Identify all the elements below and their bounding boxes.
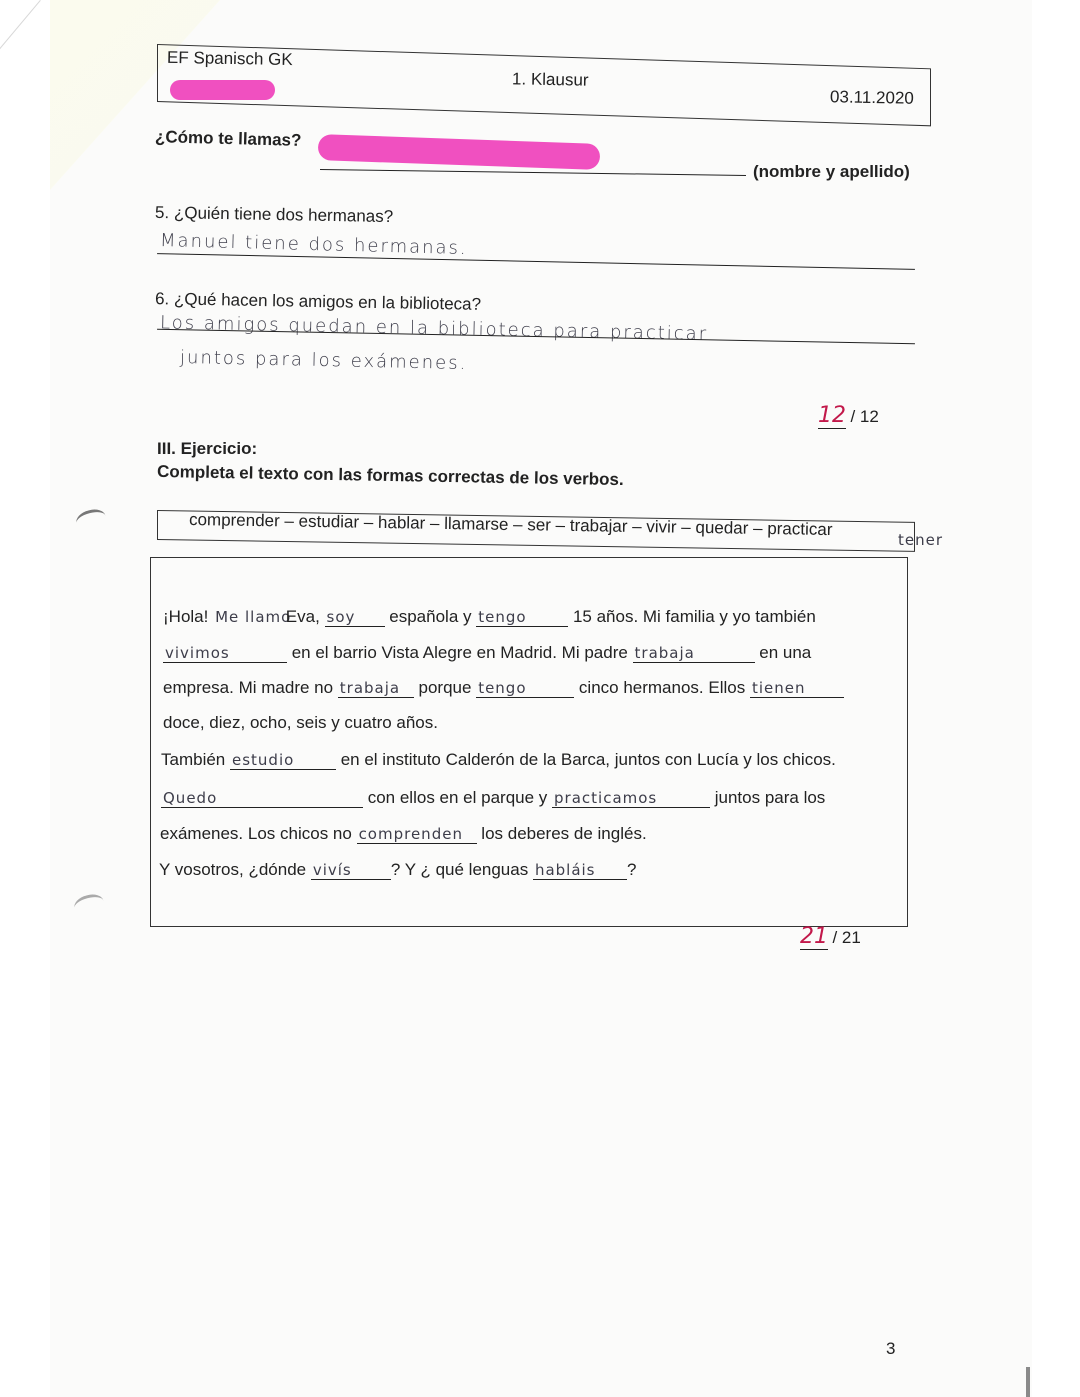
score-total: / 21 [832, 928, 860, 947]
cloze-line-6: Quedo con ellos en el parque y practicam… [161, 788, 825, 808]
blank-ser: soy [325, 608, 385, 627]
cloze-line-7: exámenes. Los chicos no comprenden los d… [160, 824, 647, 844]
blank-trabajar-1: trabaja [633, 644, 755, 663]
exam-title: 1. Klausur [512, 69, 589, 90]
blank-quedar: Quedo [161, 789, 363, 808]
blank-tener: tengo [476, 608, 568, 627]
blank-tener-2: tengo [476, 679, 574, 698]
cloze-line-8: Y vosotros, ¿dónde vivís? Y ¿ qué lengua… [159, 860, 636, 880]
score-total: / 12 [850, 407, 878, 426]
cloze-line-4: doce, diez, ocho, seis y cuatro años. [163, 713, 438, 733]
blank-tener-3: tienen [750, 679, 844, 698]
exam-date: 03.11.2020 [830, 87, 914, 108]
cloze-line-2: vivimos en el barrio Vista Alegre en Mad… [163, 643, 811, 663]
blank-practicar: practicamos [552, 789, 710, 808]
cloze-line-1: ¡Hola! Me llamo Eva, soy española y teng… [163, 607, 816, 627]
blank-comprender: comprenden [357, 825, 477, 844]
blank-hablar: habláis [533, 861, 627, 880]
question-5: 5. ¿Quién tiene dos hermanas? [155, 203, 393, 227]
score-earned: 12 [818, 403, 846, 429]
name-label: ¿Cómo te llamas? [155, 127, 302, 151]
verb-bank-addition: tener [898, 531, 943, 549]
cloze-line-3: empresa. Mi madre no trabaja porque teng… [163, 678, 844, 698]
blank-estudiar: estudio [230, 751, 336, 770]
blank-trabajar-2: trabaja [338, 679, 414, 698]
page-number: 3 [886, 1339, 895, 1359]
course-name: EF Spanisch GK [167, 48, 293, 70]
scan-edge-mark [1026, 1367, 1030, 1397]
redacted-teacher [170, 80, 275, 100]
name-hint: (nombre y apellido) [753, 162, 910, 182]
exercise-title: III. Ejercicio: [157, 439, 257, 459]
fold-line [0, 0, 41, 165]
score-section-2: 12 / 12 [818, 403, 879, 428]
blank-vivir: vivimos [163, 644, 287, 663]
blank-llamarse: Me llamo [213, 608, 281, 626]
blank-vivir-2: vivís [311, 861, 391, 880]
score-section-3: 21 / 21 [800, 924, 861, 949]
cloze-line-5: También estudio en el instituto Calderón… [161, 750, 836, 770]
score-earned: 21 [800, 924, 828, 950]
